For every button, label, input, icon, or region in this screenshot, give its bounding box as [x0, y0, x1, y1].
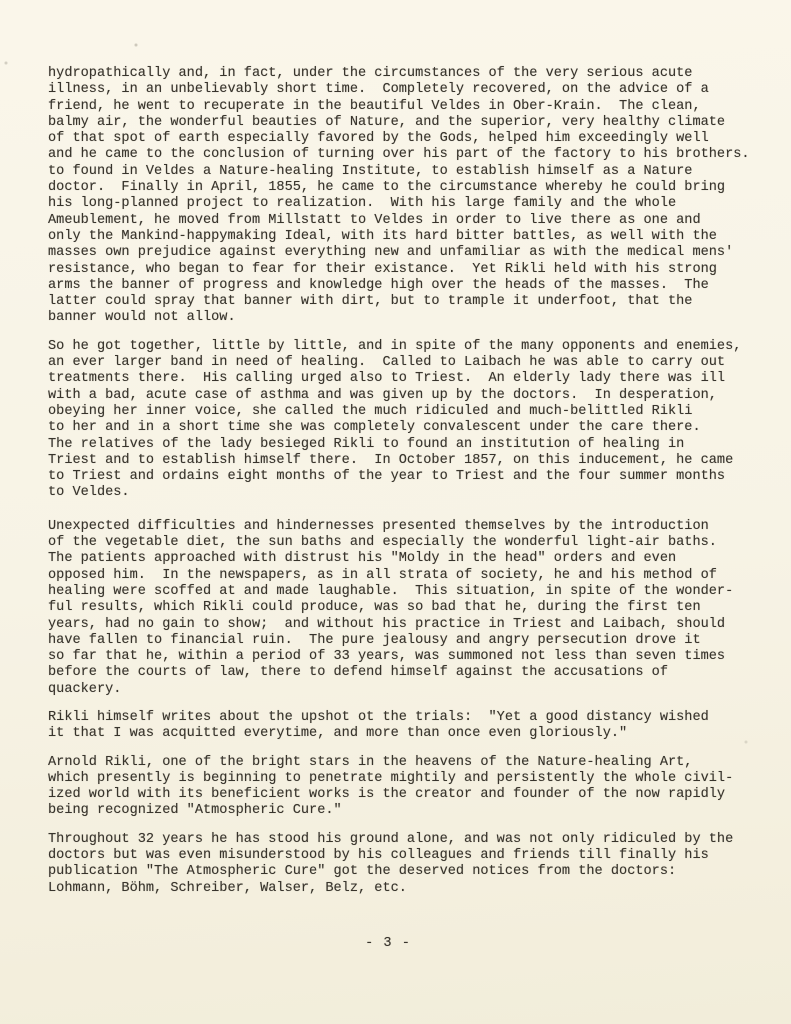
- text-line: of that spot of earth especially favored…: [48, 131, 762, 147]
- text-line: balmy air, the wonderful beauties of Nat…: [48, 115, 762, 131]
- text-line: illness, in an unbelievably short time. …: [48, 82, 762, 98]
- text-line: so far that he, within a period of 33 ye…: [48, 649, 762, 665]
- text-line: Arnold Rikli, one of the bright stars in…: [48, 755, 762, 771]
- text-line: masses own prejudice against everything …: [48, 245, 762, 261]
- paragraph-6: Throughout 32 years he has stood his gro…: [48, 832, 762, 897]
- paragraph-5: Arnold Rikli, one of the bright stars in…: [48, 755, 762, 820]
- text-line: treatments there. His calling urged also…: [48, 371, 762, 387]
- text-line: ized world with its beneficient works is…: [48, 787, 762, 803]
- paragraph-4: Rikli himself writes about the upshot ot…: [48, 710, 762, 743]
- text-line: to Veldes.: [48, 485, 762, 501]
- paragraph-1: hydropathically and, in fact, under the …: [48, 66, 762, 327]
- text-line: Throughout 32 years he has stood his gro…: [48, 832, 762, 848]
- text-line: So he got together, little by little, an…: [48, 339, 762, 355]
- text-line: only the Mankind-happymaking Ideal, with…: [48, 229, 762, 245]
- text-line: with a bad, acute case of asthma and was…: [48, 388, 762, 404]
- text-line: arms the banner of progress and knowledg…: [48, 278, 762, 294]
- text-line: obeying her inner voice, she called the …: [48, 404, 762, 420]
- text-line: Triest and to establish himself there. I…: [48, 453, 762, 469]
- text-line: Lohmann, Böhm, Schreiber, Walser, Belz, …: [48, 881, 762, 897]
- text-line: Ameublement, he moved from Millstatt to …: [48, 213, 762, 229]
- text-line: hydropathically and, in fact, under the …: [48, 66, 762, 82]
- text-line: which presently is beginning to penetrat…: [48, 771, 762, 787]
- text-line: and he came to the conclusion of turning…: [48, 147, 762, 163]
- text-line: doctor. Finally in April, 1855, he came …: [48, 180, 762, 196]
- text-line: doctors but was even misunderstood by hi…: [48, 848, 762, 864]
- text-line: to Triest and ordains eight months of th…: [48, 469, 762, 485]
- text-line: Rikli himself writes about the upshot ot…: [48, 710, 762, 726]
- text-line: an ever larger band in need of healing. …: [48, 355, 762, 371]
- text-line: latter could spray that banner with dirt…: [48, 294, 762, 310]
- text-line: being recognized "Atmospheric Cure.": [48, 803, 762, 819]
- text-line: ful results, which Rikli could produce, …: [48, 600, 762, 616]
- text-line: his long-planned project to realization.…: [48, 196, 762, 212]
- paragraph-2: So he got together, little by little, an…: [48, 339, 762, 502]
- text-line: it that I was acquitted everytime, and m…: [48, 726, 762, 742]
- text-line: have fallen to financial ruin. The pure …: [48, 633, 762, 649]
- text-line: friend, he went to recuperate in the bea…: [48, 99, 762, 115]
- text-line: to her and in a short time she was compl…: [48, 420, 762, 436]
- text-line: resistance, who began to fear for their …: [48, 262, 762, 278]
- text-line: opposed him. In the newspapers, as in al…: [48, 568, 762, 584]
- page-number: - 3 -: [48, 936, 728, 952]
- paragraph-3: Unexpected difficulties and hindernesses…: [48, 519, 762, 698]
- text-line: healing were scoffed at and made laughab…: [48, 584, 762, 600]
- text-line: publication "The Atmospheric Cure" got t…: [48, 864, 762, 880]
- text-line: quackery.: [48, 682, 762, 698]
- typewritten-page: hydropathically and, in fact, under the …: [0, 0, 791, 1024]
- text-line: to found in Veldes a Nature-healing Inst…: [48, 164, 762, 180]
- text-line: before the courts of law, there to defen…: [48, 665, 762, 681]
- text-line: years, had no gain to show; and without …: [48, 617, 762, 633]
- text-line: of the vegetable diet, the sun baths and…: [48, 535, 762, 551]
- text-line: The patients approached with distrust hi…: [48, 551, 762, 567]
- text-line: banner would not allow.: [48, 310, 762, 326]
- page-body: hydropathically and, in fact, under the …: [48, 66, 762, 909]
- text-line: Unexpected difficulties and hindernesses…: [48, 519, 762, 535]
- text-line: The relatives of the lady besieged Rikli…: [48, 437, 762, 453]
